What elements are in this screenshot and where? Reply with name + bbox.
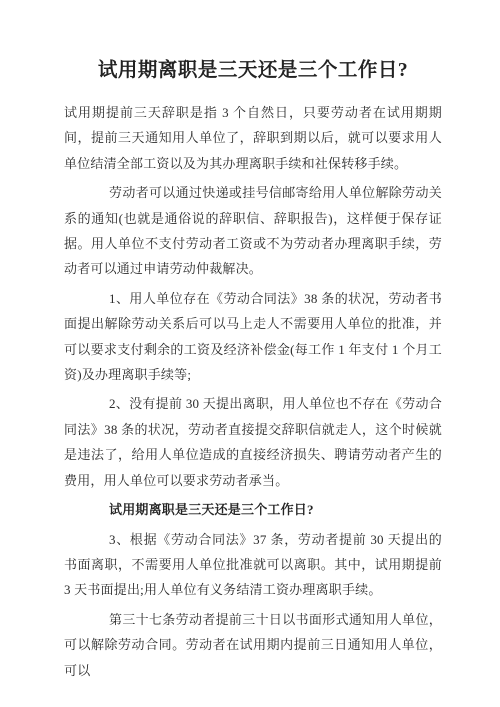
paragraph-notice-by-mail: 劳动者可以通过快递或挂号信邮寄给用人单位解除劳动关系的通知(也就是通俗说的辞职信… <box>64 180 442 282</box>
document-title: 试用期离职是三天还是三个工作日? <box>64 58 442 84</box>
paragraph-intro: 试用期提前三天辞职是指 3 个自然日，只要劳动者在试用期期间，提前三天通知用人单… <box>64 100 442 176</box>
paragraph-item-1: 1、用人单位存在《劳动合同法》38 条的状况，劳动者书面提出解除劳动关系后可以马… <box>64 286 442 388</box>
paragraph-article-37: 第三十七条劳动者提前三十日以书面形式通知用人单位，可以解除劳动合同。劳动者在试用… <box>64 607 442 683</box>
document-page: 试用期离职是三天还是三个工作日? 试用期提前三天辞职是指 3 个自然日，只要劳动… <box>0 0 500 707</box>
section-subheading: 试用期离职是三天还是三个工作日? <box>64 497 442 522</box>
paragraph-item-3: 3、根据《劳动合同法》37 条，劳动者提前 30 天提出的书面离职，不需要用人单… <box>64 527 442 603</box>
paragraph-item-2: 2、没有提前 30 天提出离职，用人单位也不存在《劳动合同法》38 条的状况，劳… <box>64 391 442 493</box>
